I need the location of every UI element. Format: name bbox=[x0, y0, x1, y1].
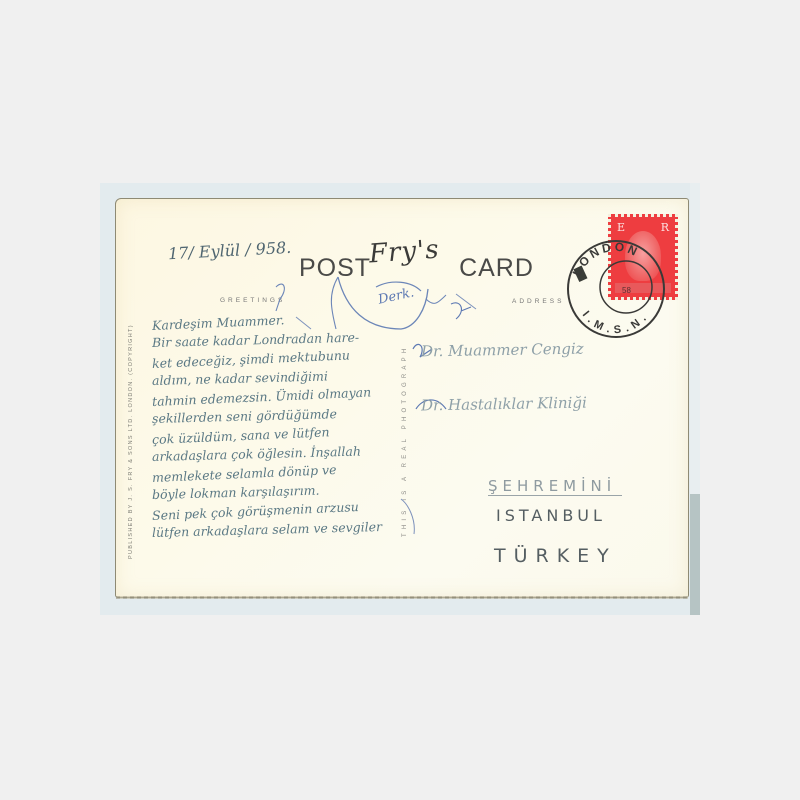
recipient-city: ISTANBUL bbox=[496, 506, 606, 525]
svg-text:LONDON: LONDON bbox=[570, 240, 642, 279]
publisher-credit: PUBLISHED BY J. S. FRY & SONS LTD. LONDO… bbox=[128, 324, 134, 559]
postmark: LONDON I.M.S.N. 58 bbox=[564, 237, 668, 341]
title-card: CARD bbox=[459, 254, 534, 282]
svg-text:I.M.S.N.: I.M.S.N. bbox=[580, 309, 652, 336]
card-bottom-edge bbox=[116, 596, 688, 599]
recipient-district: ŞEHREMİNİ bbox=[488, 477, 622, 496]
brand-logo: Fry's bbox=[368, 235, 441, 270]
address-label: ADDRESS bbox=[512, 298, 564, 305]
postmark-bottom-text: I.M.S.N. bbox=[580, 309, 652, 336]
recipient-name: Dr. Muammer Cengiz bbox=[421, 340, 584, 361]
postmark-date: 58 bbox=[622, 286, 631, 295]
greetings-label: GREETINGS bbox=[220, 297, 285, 304]
handwritten-date: 17/ Eylül / 958. bbox=[168, 238, 292, 263]
handwritten-message: Kardeşim Muammer. Bir saate kadar Londra… bbox=[152, 311, 382, 539]
stamp-corner-right: R bbox=[661, 221, 669, 234]
postmark-top-text: LONDON bbox=[570, 240, 642, 279]
center-divider-text: THIS IS A REAL PHOTOGRAPH bbox=[402, 345, 408, 537]
recipient-country: TÜRKEY bbox=[494, 545, 617, 567]
title-post: POST bbox=[299, 254, 371, 282]
postcard: POSTCARD Fry's GREETINGS ADDRESS PUBLISH… bbox=[115, 198, 689, 598]
scan-edge-strip bbox=[690, 183, 700, 615]
stamp-corner-left: E bbox=[617, 221, 625, 234]
annotation-note: Derk. bbox=[377, 285, 416, 307]
recipient-department: Dr. Hastalıklar Kliniği bbox=[421, 394, 587, 415]
